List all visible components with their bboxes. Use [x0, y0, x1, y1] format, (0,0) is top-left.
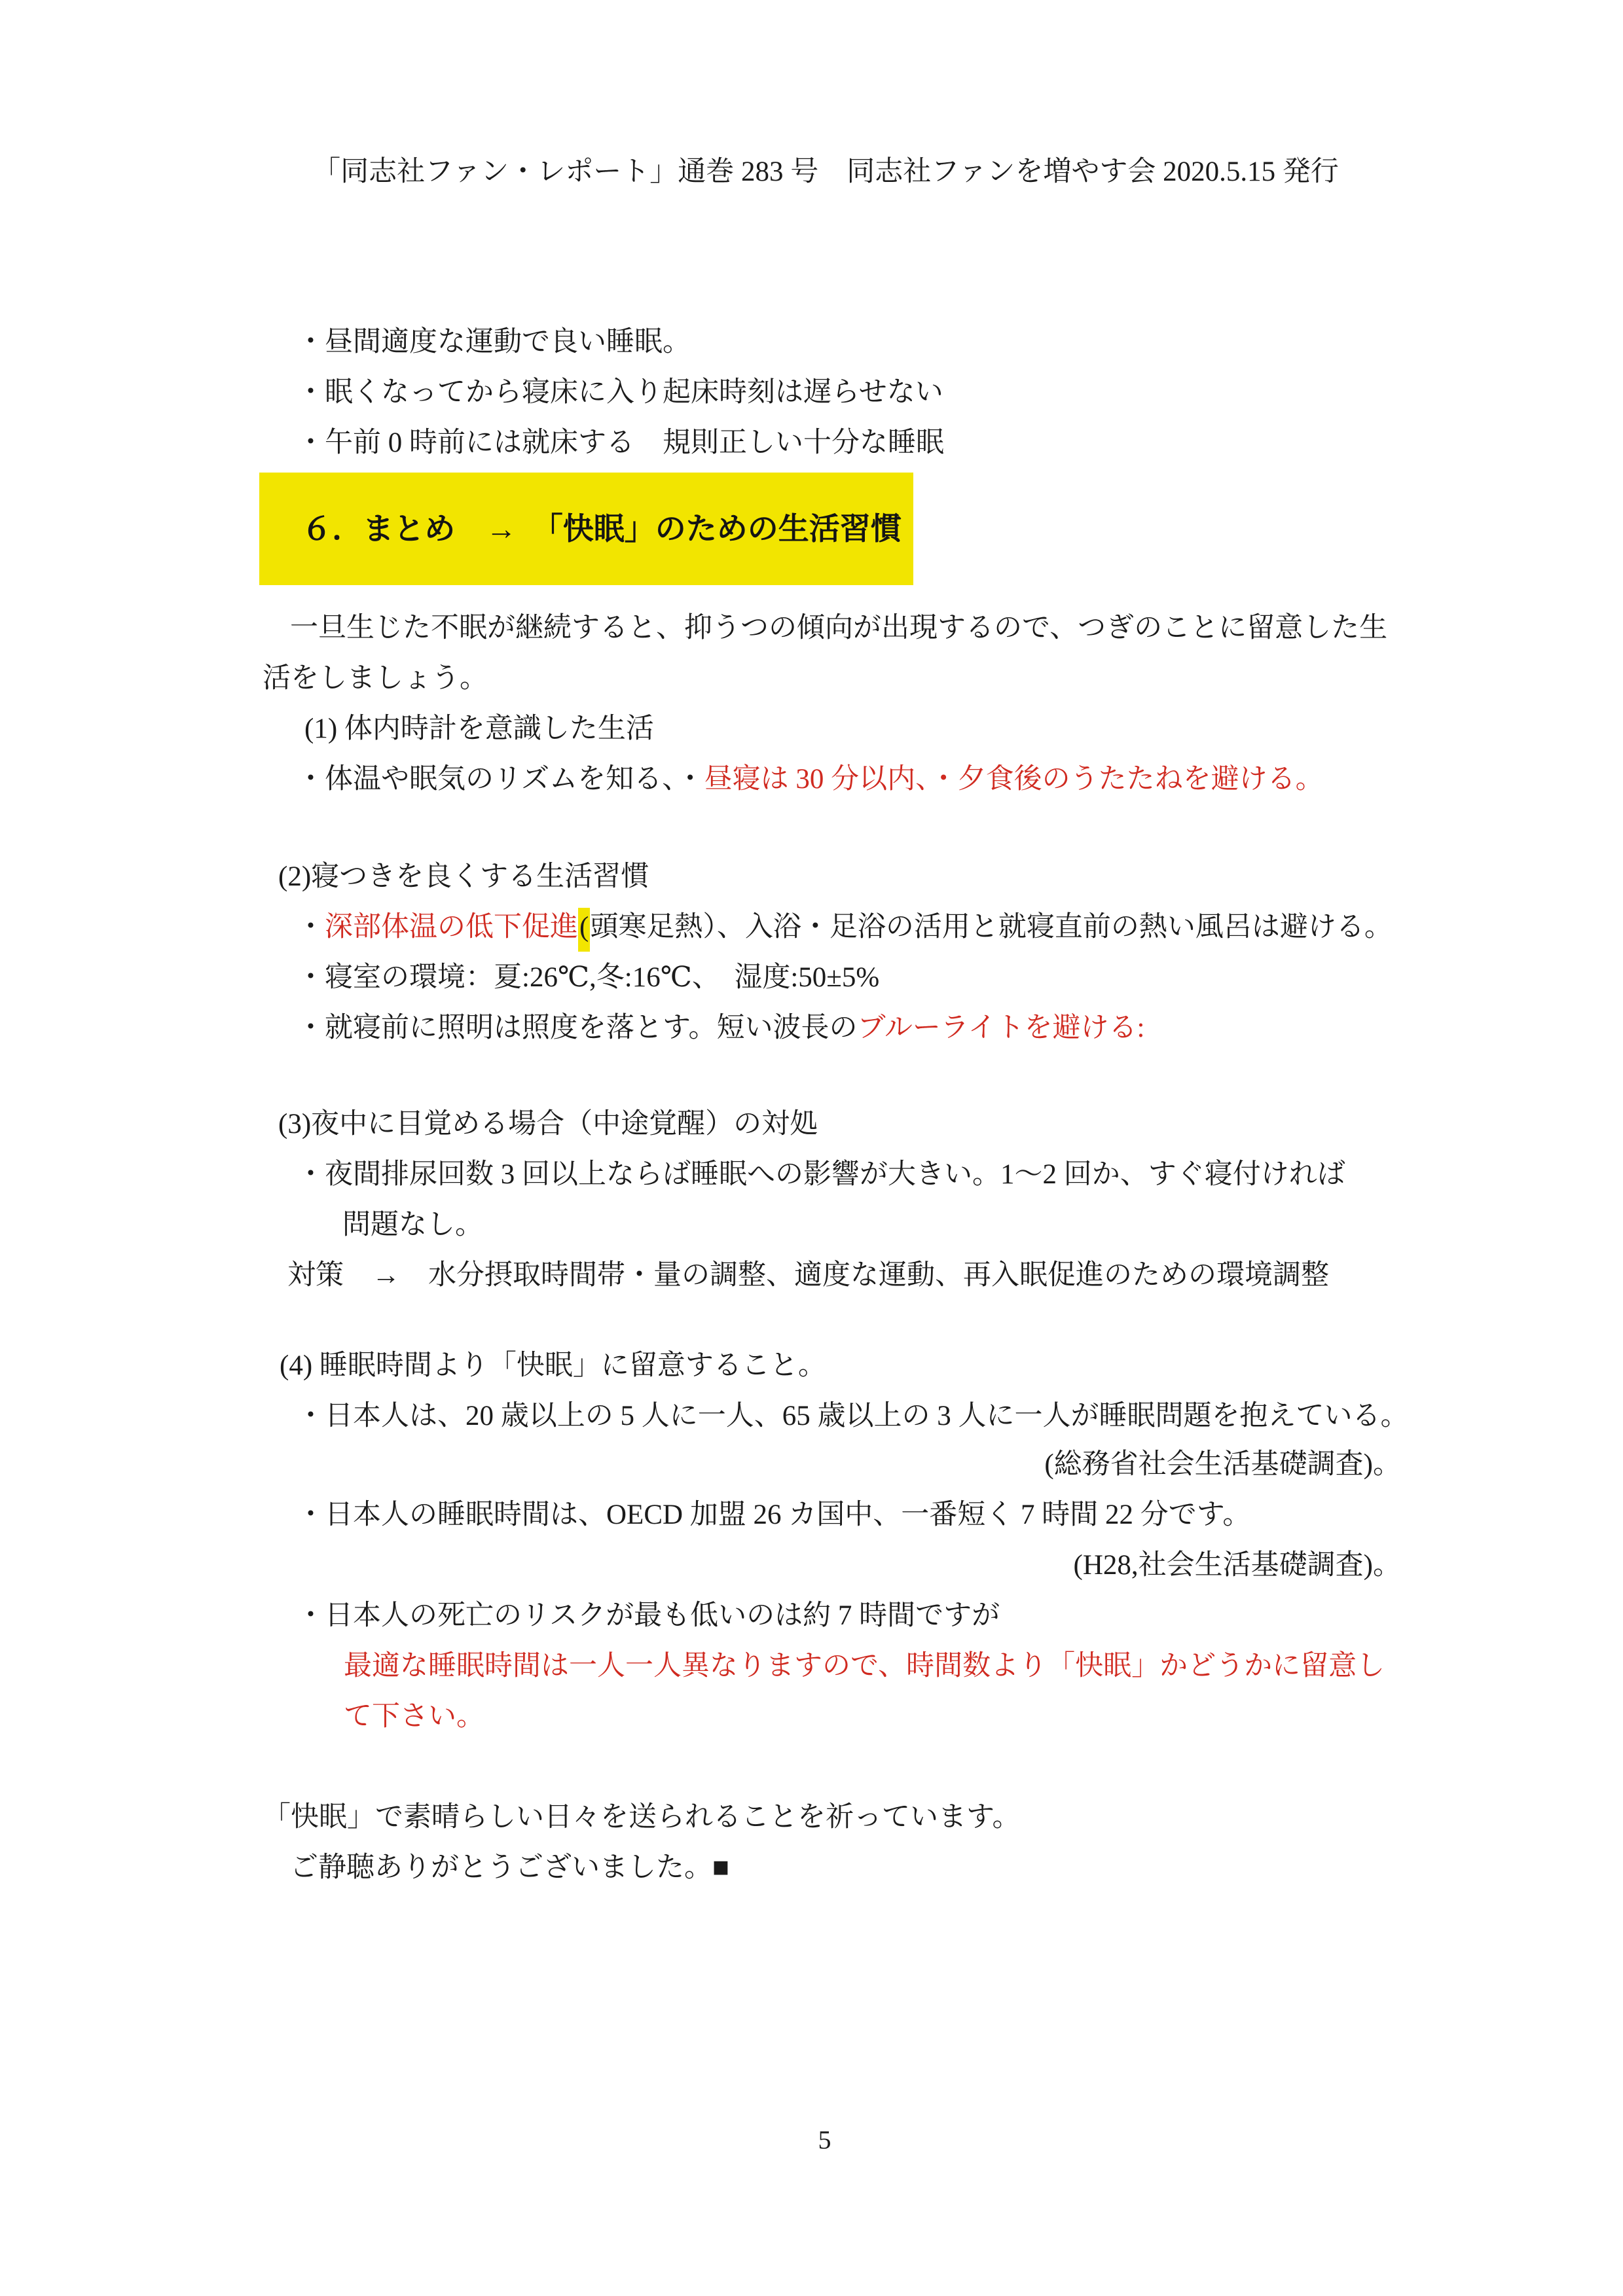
- item1-bullet: ・体温や眠気のリズムを知る、・昼寝は 30 分以内、・夕食後のうたたねを避ける。: [268, 728, 1324, 830]
- page-number: 5: [0, 2093, 1623, 2187]
- item4-bullet3-red-line2: て下さい。: [316, 1666, 484, 1767]
- item3-countermeasure-text: 対策 → 水分摂取時間帯・量の調整、適度な運動、再入眠促進のための環境調整: [287, 1260, 1329, 1291]
- item4-red-advice: 最適な睡眠時間は一人一人異なりますので、時間数より「快眠」かどうかに留意し: [344, 1651, 1385, 1681]
- page-header-text: 「同志社ファン・レポート」通巻 283 号 同志社ファンを増やす会 2020.5…: [312, 156, 1339, 187]
- page-header: 「同志社ファン・レポート」通巻 283 号 同志社ファンを増やす会 2020.5…: [0, 121, 1623, 223]
- section-heading-summary: ６．まとめ → 「快眠」のための生活習慣: [259, 473, 913, 585]
- source-citation: (H28,社会生活基礎調査)。: [1074, 1550, 1401, 1581]
- item1-bullet-red: 昼寝は 30 分以内、・夕食後のうたたねを避ける。: [704, 764, 1324, 795]
- item1-bullet-black: ・体温や眠気のリズムを知る、・: [297, 764, 704, 795]
- item4-bullet2-source: (H28,社会生活基礎調査)。: [1046, 1515, 1401, 1616]
- page-number-text: 5: [818, 2125, 831, 2155]
- item2-bullet3-black: ・就寝前に照明は照度を落とす。短い波長の: [297, 1013, 858, 1043]
- item3-countermeasure: 対策 → 水分摂取時間帯・量の調整、適度な運動、再入眠促進のための環境調整: [259, 1225, 1329, 1326]
- section-heading-text: ６．まとめ → 「快眠」のための生活習慣: [301, 511, 902, 546]
- closing-line2: ご静聴ありがとうございました。■: [262, 1817, 729, 1918]
- item2-bullet3: ・就寝前に照明は照度を落とす。短い波長のブルーライトを避ける:: [268, 977, 1145, 1079]
- document-page: 「同志社ファン・レポート」通巻 283 号 同志社ファンを増やす会 2020.5…: [0, 0, 1623, 2296]
- item2-bullet3-red: ブルーライトを避ける:: [858, 1013, 1145, 1043]
- item4-red-advice-continuation: て下さい。: [344, 1701, 484, 1732]
- closing-thanks-text: ご静聴ありがとうございました。: [290, 1852, 712, 1883]
- end-mark-square: ■: [712, 1852, 729, 1883]
